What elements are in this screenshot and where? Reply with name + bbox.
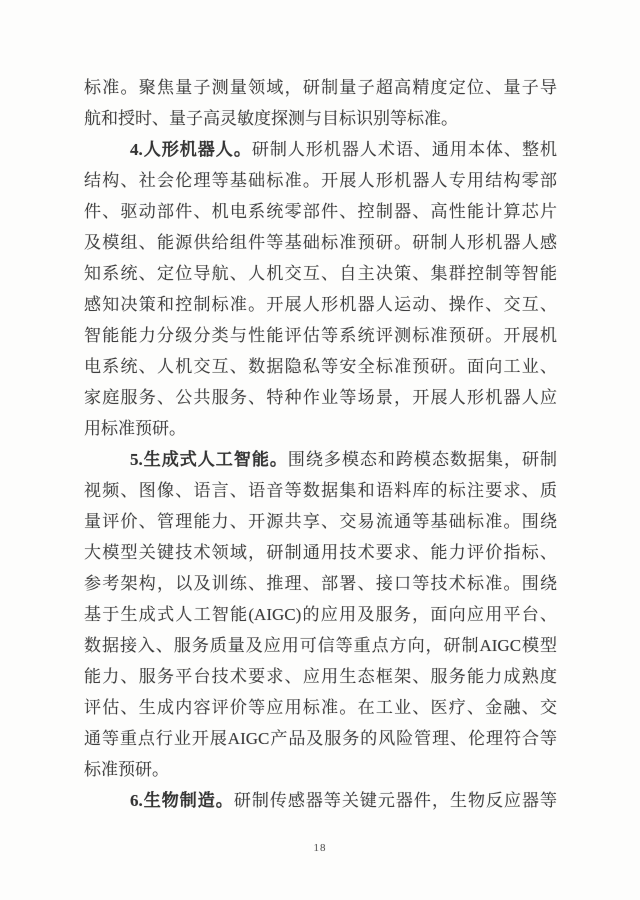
text-line: 6.生物制造。研制传感器等关键元器件，生物反应器等 [84,785,557,816]
text-line: 4.人形机器人。研制人形机器人术语、通用本体、整机 [84,134,557,165]
text-line: 知系统、定位导航、人机交互、自主决策、集群控制等智能 [84,258,557,289]
text-line-body: 研制传感器等关键元器件，生物反应器等 [234,791,557,810]
text-line: 智能能力分级分类与性能评估等系统评测标准预研。开展机 [84,320,557,351]
text-line-body: 围绕多模态和跨模态数据集，研制 [288,450,557,469]
text-line: 件、驱动部件、机电系统零部件、控制器、高性能计算芯片 [84,196,557,227]
text-line: 家庭服务、公共服务、特种作业等场景，开展人形机器人应 [84,382,557,413]
text-line: 电系统、人机交互、数据隐私等安全标准预研。面向工业、 [84,351,557,382]
text-line: 视频、图像、语言、语音等数据集和语料库的标注要求、质 [84,475,557,506]
text-line: 感知决策和控制标准。开展人形机器人运动、操作、交互、 [84,289,557,320]
text-line: 5.生成式人工智能。围绕多模态和跨模态数据集，研制 [84,444,557,475]
section-heading: 6.生物制造。 [130,791,234,810]
section-heading: 4.人形机器人。 [130,140,252,159]
text-line: 及模组、能源供给组件等基础标准预研。研制人形机器人感 [84,227,557,258]
text-line: 参考架构，以及训练、推理、部署、接口等技术标准。围绕 [84,568,557,599]
text-line: 标准预研。 [84,754,557,785]
text-line: 结构、社会伦理等基础标准。开展人形机器人专用结构零部 [84,165,557,196]
text-line: 大模型关键技术领域，研制通用技术要求、能力评价指标、 [84,537,557,568]
document-page: 标准。聚焦量子测量领域，研制量子超高精度定位、量子导航和授时、量子高灵敏度探测与… [0,0,640,900]
text-line: 能力、服务平台技术要求、应用生态框架、服务能力成熟度 [84,661,557,692]
text-line: 用标准预研。 [84,413,557,444]
section-heading: 5.生成式人工智能。 [130,450,288,469]
text-line: 数据接入、服务质量及应用可信等重点方向，研制AIGC模型 [84,630,557,661]
text-line: 标准。聚焦量子测量领域，研制量子超高精度定位、量子导 [84,72,557,103]
text-line: 航和授时、量子高灵敏度探测与目标识别等标准。 [84,103,557,134]
text-line: 通等重点行业开展AIGC产品及服务的风险管理、伦理符合等 [84,723,557,754]
text-line: 基于生成式人工智能(AIGC)的应用及服务，面向应用平台、 [84,599,557,630]
text-line-body: 研制人形机器人术语、通用本体、整机 [252,140,557,159]
document-body: 标准。聚焦量子测量领域，研制量子超高精度定位、量子导航和授时、量子高灵敏度探测与… [84,72,557,816]
text-line: 评估、生成内容评价等应用标准。在工业、医疗、金融、交 [84,692,557,723]
text-line: 量评价、管理能力、开源共享、交易流通等基础标准。围绕 [84,506,557,537]
page-number: 18 [0,842,640,854]
